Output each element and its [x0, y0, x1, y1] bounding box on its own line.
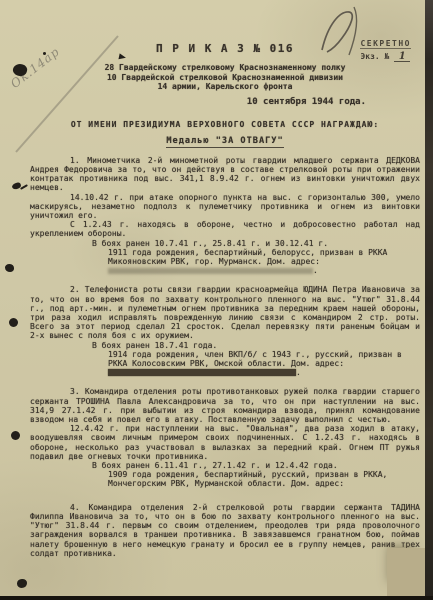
- bio-text: 1911 года рождения, беспартийный, белору…: [108, 248, 387, 266]
- page-corner-patch: [387, 548, 425, 596]
- bio-suffix: .: [296, 368, 301, 377]
- ink-blot: [5, 264, 14, 272]
- addressee-line: 28 Гвардейскому стрелковому Краснознамен…: [30, 63, 420, 73]
- redaction-bar: [108, 369, 296, 376]
- hole-punch: [11, 431, 20, 440]
- entry-main-paragraph: 2. Телефониста роты связи гвардии красно…: [30, 285, 420, 340]
- bio-text: 1914 года рождения, член ВКП/б/ с 1943 г…: [108, 350, 402, 368]
- award-heading-text: Медалью "ЗА ОТВАГУ": [166, 136, 283, 148]
- entry-main-paragraph: 3. Командира отделения роты противотанко…: [30, 387, 420, 424]
- hole-punch: [17, 579, 27, 588]
- preamble: ОТ ИМЕНИ ПРЕЗИДИУМА ВЕРХОВНОГО СОВЕТА СС…: [30, 120, 420, 129]
- bio-line: 1914 года рождения, член ВКП/б/ с 1943 г…: [108, 350, 420, 378]
- hole-punch: [9, 318, 18, 327]
- smudged-address-line: [108, 268, 313, 274]
- bio-suffix: .: [313, 266, 318, 275]
- entry-main-paragraph: С 1.2.43 г. находясь в обороне, честно и…: [30, 220, 420, 238]
- entry-main-paragraph: 1. Минометчика 2-й минометной роты гвард…: [30, 156, 420, 193]
- document-body: П Р И К А З № 016 28 Гвардейскому стрелк…: [30, 42, 420, 558]
- entry-main-paragraph: 14.10.42 г. при атаке опорного пункта на…: [30, 193, 420, 221]
- bio-line: 1911 года рождения, беспартийный, белору…: [108, 248, 420, 276]
- order-title: П Р И К А З № 016: [30, 42, 420, 55]
- page-edge-shadow-bottom: [0, 596, 433, 600]
- award-entry-2: 2. Телефониста роты связи гвардии красно…: [30, 285, 420, 377]
- addressee-line: 10 Гвардейской стрелковой Краснознаменно…: [30, 73, 420, 83]
- award-entry-3: 3. Командира отделения роты противотанко…: [30, 387, 420, 488]
- addressee-line: 14 армии, Карельского фронта: [30, 82, 420, 92]
- award-entry-4: 4. Командира отделения 2-й стрелковой ро…: [30, 503, 420, 558]
- entry-main-paragraph: 12.4.42 г. при наступлении на выс. "Овал…: [30, 424, 420, 461]
- award-heading: Медалью "ЗА ОТВАГУ": [30, 136, 420, 146]
- award-entry-1: 1. Минометчика 2-й минометной роты гвард…: [30, 156, 420, 276]
- wounded-line: В боях ранен 10.7.41 г., 25.8.41 г. и 30…: [92, 239, 420, 248]
- addressee-block: 28 Гвардейскому стрелковому Краснознамен…: [30, 63, 420, 92]
- wounded-line: В боях ранен 6.11.41 г., 27.1.42 г. и 12…: [92, 461, 420, 470]
- page-edge-shadow-right: [425, 0, 433, 600]
- bio-line: 1909 года рождения, беспартийный, русски…: [108, 470, 420, 488]
- entry-main-paragraph: 4. Командира отделения 2-й стрелковой ро…: [30, 503, 420, 558]
- scanned-order-page: Ок.14ар СЕКРЕТНО Экз. № 1 П Р И К А З № …: [0, 0, 433, 600]
- wounded-line: В боях ранен 18.7.41 года.: [92, 341, 420, 350]
- order-date: 10 сентября 1944 года.: [30, 97, 420, 107]
